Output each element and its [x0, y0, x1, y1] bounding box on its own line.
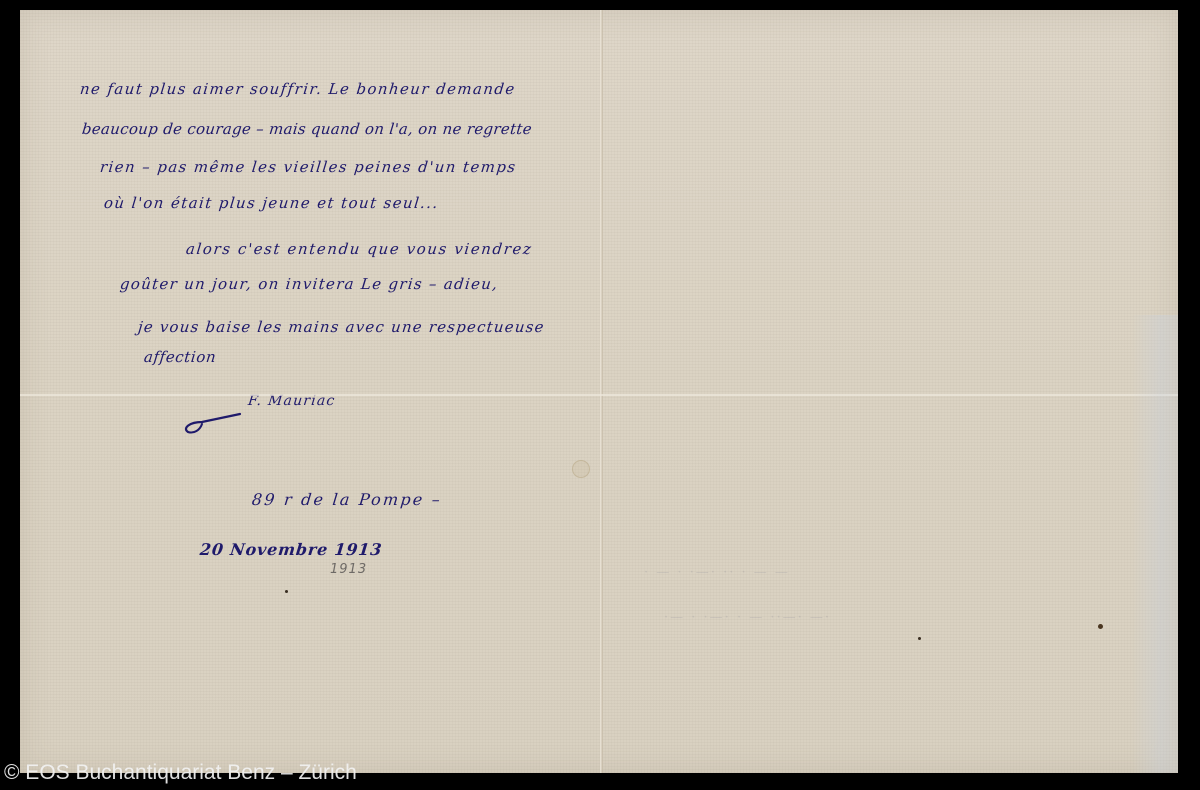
letter-line: je vous baise les mains avec une respect… [137, 318, 546, 336]
letter-page-left: ne faut plus aimer souffrir. Le bonheur … [20, 10, 600, 773]
letter-date: 20 Novembre 1913 [199, 540, 383, 559]
paper-stain [572, 460, 590, 478]
letter-page-right-blank: — — · ·· ·—· · — · ·— ·—·· — · ·—· · —· [602, 10, 1178, 773]
letter-line: goûter un jour, on invitera Le gris – ad… [119, 275, 499, 293]
ink-speck [1098, 624, 1103, 629]
letter-line: rien – pas même les vieilles peines d'un… [99, 158, 517, 176]
letter-line: alors c'est entendu que vous viendrez [185, 240, 533, 258]
pencil-date-annotation: 1913 [330, 562, 367, 577]
copyright-watermark: © EOS Buchantiquariat Benz – Zürich [4, 761, 357, 785]
letter-sheet: ne faut plus aimer souffrir. Le bonheur … [20, 10, 1178, 773]
letter-line: affection [143, 348, 217, 366]
ink-speck [918, 637, 921, 640]
letter-line: où l'on était plus jeune et tout seul... [103, 194, 440, 212]
show-through-text: ·— ·—·· — · ·—· · —· [662, 610, 829, 625]
ink-speck [285, 590, 288, 593]
letter-line: ne faut plus aimer souffrir. Le bonheur … [79, 80, 517, 98]
show-through-text: — — · ·· ·—· · — · [642, 565, 788, 580]
letter-address: 89 r de la Pompe – [251, 490, 443, 509]
letter-line: beaucoup de courage – mais quand on l'a,… [81, 120, 533, 138]
